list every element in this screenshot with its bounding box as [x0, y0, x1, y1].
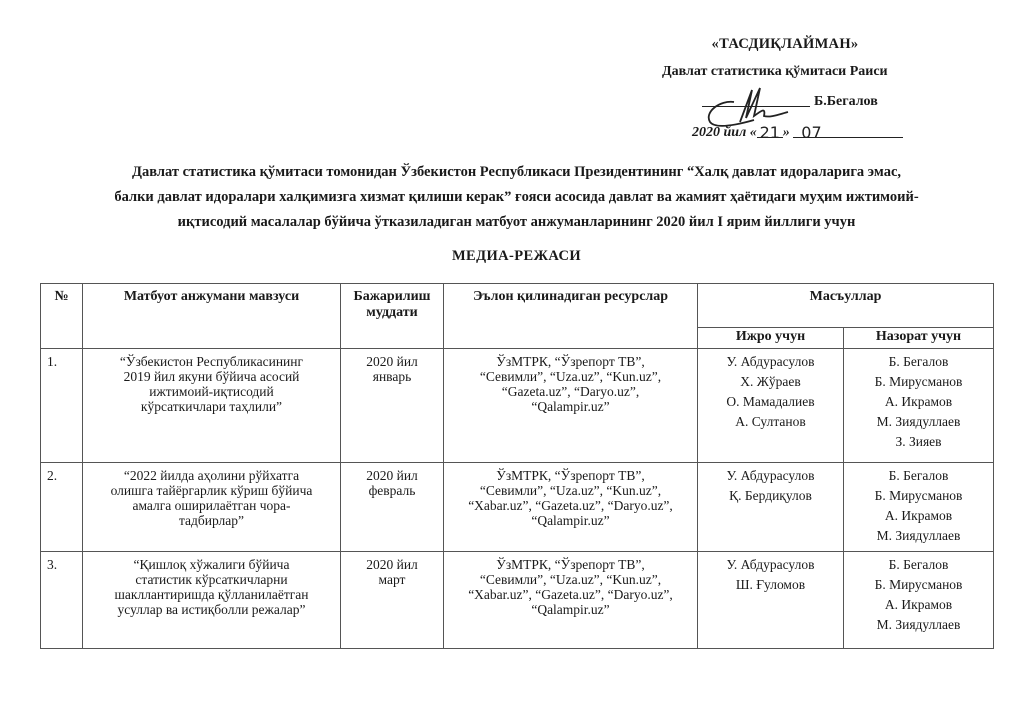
cell-line: Ш. Ғуломов	[698, 575, 843, 595]
cell-line: кўрсаткичлари таҳлили”	[83, 399, 340, 414]
cell-line: Б. Мирусманов	[844, 486, 993, 506]
document-heading: МЕДИА-РЕЖАСИ	[40, 248, 993, 265]
row-deadline: 2020 йилянварь	[341, 349, 443, 384]
row-control: Б. БегаловБ. МирусмановА. ИкрамовМ. Зияд…	[844, 463, 993, 546]
row-control: Б. БегаловБ. МирусмановА. ИкрамовМ. Зияд…	[844, 552, 993, 635]
row-control: Б. БегаловБ. МирусмановА. ИкрамовМ. Зияд…	[844, 349, 993, 452]
cell-line: 2020 йил	[341, 557, 443, 572]
cell-line: “Ўзбекистон Республикасининг	[83, 354, 340, 369]
cell-line: Х. Жўраев	[698, 372, 843, 392]
cell-line: “Qalampir.uz”	[444, 399, 697, 414]
cell-line: О. Мамадалиев	[698, 392, 843, 412]
row-number: 3.	[41, 552, 82, 572]
row-execution: У. АбдурасуловҚ. Бердиқулов	[698, 463, 843, 506]
cell-line: А. Икрамов	[844, 392, 993, 412]
cell-line: Б. Мирусманов	[844, 575, 993, 595]
cell-line: Б. Бегалов	[844, 555, 993, 575]
cell-line: Б. Мирусманов	[844, 372, 993, 392]
row-topic: “2022 йилда аҳолини рўйхатгаолишга тайёр…	[83, 463, 340, 528]
cell-line: “Qalampir.uz”	[444, 602, 697, 617]
cell-line: ижтимоий-иқтисодий	[83, 384, 340, 399]
cell-line: усуллар ва истиқболли режалар”	[83, 602, 340, 617]
cell-line: Б. Бегалов	[844, 466, 993, 486]
cell-line: М. Зиядуллаев	[844, 615, 993, 635]
approval-stamp-title: «ТАСДИҚЛАЙМАН»	[670, 36, 900, 53]
cell-line: А. Икрамов	[844, 595, 993, 615]
signature-icon	[700, 82, 790, 130]
cell-line: шакллантиришда қўлланилаётган	[83, 587, 340, 602]
header-execution: Ижро учун	[698, 328, 844, 349]
header-responsible: Масъуллар	[698, 284, 994, 328]
cell-line: Қ. Бердиқулов	[698, 486, 843, 506]
cell-line: тадбирлар”	[83, 513, 340, 528]
cell-line: “Севимли”, “Uza.uz”, “Kun.uz”,	[444, 483, 697, 498]
cell-line: 2020 йил	[341, 468, 443, 483]
title-line: балки давлат идоралари халқимизга хизмат…	[40, 185, 993, 210]
cell-line: амалга оширилаётган чора-	[83, 498, 340, 513]
media-plan-table: № Матбуот анжумани мавзуси Бажарилиш муд…	[40, 283, 994, 649]
title-line: Давлат статистика қўмитаси томонидан Ўзб…	[40, 160, 993, 185]
row-topic: “Қишлоқ хўжалиги бўйичастатистик кўрсатк…	[83, 552, 340, 617]
table-row: 1. “Ўзбекистон Республикасининг2019 йил …	[41, 349, 994, 463]
row-deadline: 2020 йилфевраль	[341, 463, 443, 498]
cell-line: У. Абдурасулов	[698, 555, 843, 575]
cell-line: “2022 йилда аҳолини рўйхатга	[83, 468, 340, 483]
cell-line: Б. Бегалов	[844, 352, 993, 372]
cell-line: олишга тайёргарлик кўриш бўйича	[83, 483, 340, 498]
cell-line: ЎзМТРК, “Ўзрепорт ТВ”,	[444, 557, 697, 572]
row-topic: “Ўзбекистон Республикасининг2019 йил яку…	[83, 349, 340, 414]
cell-line: “Qalampir.uz”	[444, 513, 697, 528]
cell-line: З. Зияев	[844, 432, 993, 452]
cell-line: М. Зиядуллаев	[844, 412, 993, 432]
cell-line: У. Абдурасулов	[698, 466, 843, 486]
cell-line: “Қишлоқ хўжалиги бўйича	[83, 557, 340, 572]
cell-line: 2019 йил якуни бўйича асосий	[83, 369, 340, 384]
cell-line: ЎзМТРК, “Ўзрепорт ТВ”,	[444, 354, 697, 369]
approver-position: Давлат статистика қўмитаси Раиси	[662, 64, 888, 80]
row-execution: У. АбдурасуловШ. Ғуломов	[698, 552, 843, 595]
table-row: 2. “2022 йилда аҳолини рўйхатгаолишга та…	[41, 463, 994, 552]
cell-line: “Севимли”, “Uza.uz”, “Kun.uz”,	[444, 369, 697, 384]
row-deadline: 2020 йилмарт	[341, 552, 443, 587]
header-num: №	[41, 284, 83, 349]
title-line: иқтисодий масалалар бўйича ўтказиладиган…	[40, 210, 993, 235]
cell-line: февраль	[341, 483, 443, 498]
row-resources: ЎзМТРК, “Ўзрепорт ТВ”,“Севимли”, “Uza.uz…	[444, 349, 697, 414]
cell-line: “Xabar.uz”, “Gazeta.uz”, “Daryo.uz”,	[444, 587, 697, 602]
row-execution: У. АбдурасуловХ. ЖўраевО. МамадалиевА. С…	[698, 349, 843, 432]
row-resources: ЎзМТРК, “Ўзрепорт ТВ”,“Севимли”, “Uza.uz…	[444, 463, 697, 528]
cell-line: А. Икрамов	[844, 506, 993, 526]
header-resources: Эълон қилинадиган ресурслар	[444, 284, 698, 349]
approval-date-month: 07	[801, 123, 821, 142]
table-row: 3. “Қишлоқ хўжалиги бўйичастатистик кўрс…	[41, 552, 994, 649]
cell-line: М. Зиядуллаев	[844, 526, 993, 546]
document-title: Давлат статистика қўмитаси томонидан Ўзб…	[40, 160, 993, 235]
cell-line: “Gazeta.uz”, “Daryo.uz”,	[444, 384, 697, 399]
cell-line: “Xabar.uz”, “Gazeta.uz”, “Daryo.uz”,	[444, 498, 697, 513]
row-number: 2.	[41, 463, 82, 483]
cell-line: ЎзМТРК, “Ўзрепорт ТВ”,	[444, 468, 697, 483]
cell-line: статистик кўрсаткичларни	[83, 572, 340, 587]
cell-line: 2020 йил	[341, 354, 443, 369]
header-deadline: Бажарилиш муддати	[341, 284, 444, 349]
cell-line: март	[341, 572, 443, 587]
row-number: 1.	[41, 349, 82, 369]
row-resources: ЎзМТРК, “Ўзрепорт ТВ”,“Севимли”, “Uza.uz…	[444, 552, 697, 617]
approver-name: Б.Бегалов	[814, 94, 878, 110]
cell-line: “Севимли”, “Uza.uz”, “Kun.uz”,	[444, 572, 697, 587]
cell-line: У. Абдурасулов	[698, 352, 843, 372]
header-topic: Матбуот анжумани мавзуси	[83, 284, 341, 349]
header-control: Назорат учун	[844, 328, 994, 349]
cell-line: А. Султанов	[698, 412, 843, 432]
cell-line: январь	[341, 369, 443, 384]
